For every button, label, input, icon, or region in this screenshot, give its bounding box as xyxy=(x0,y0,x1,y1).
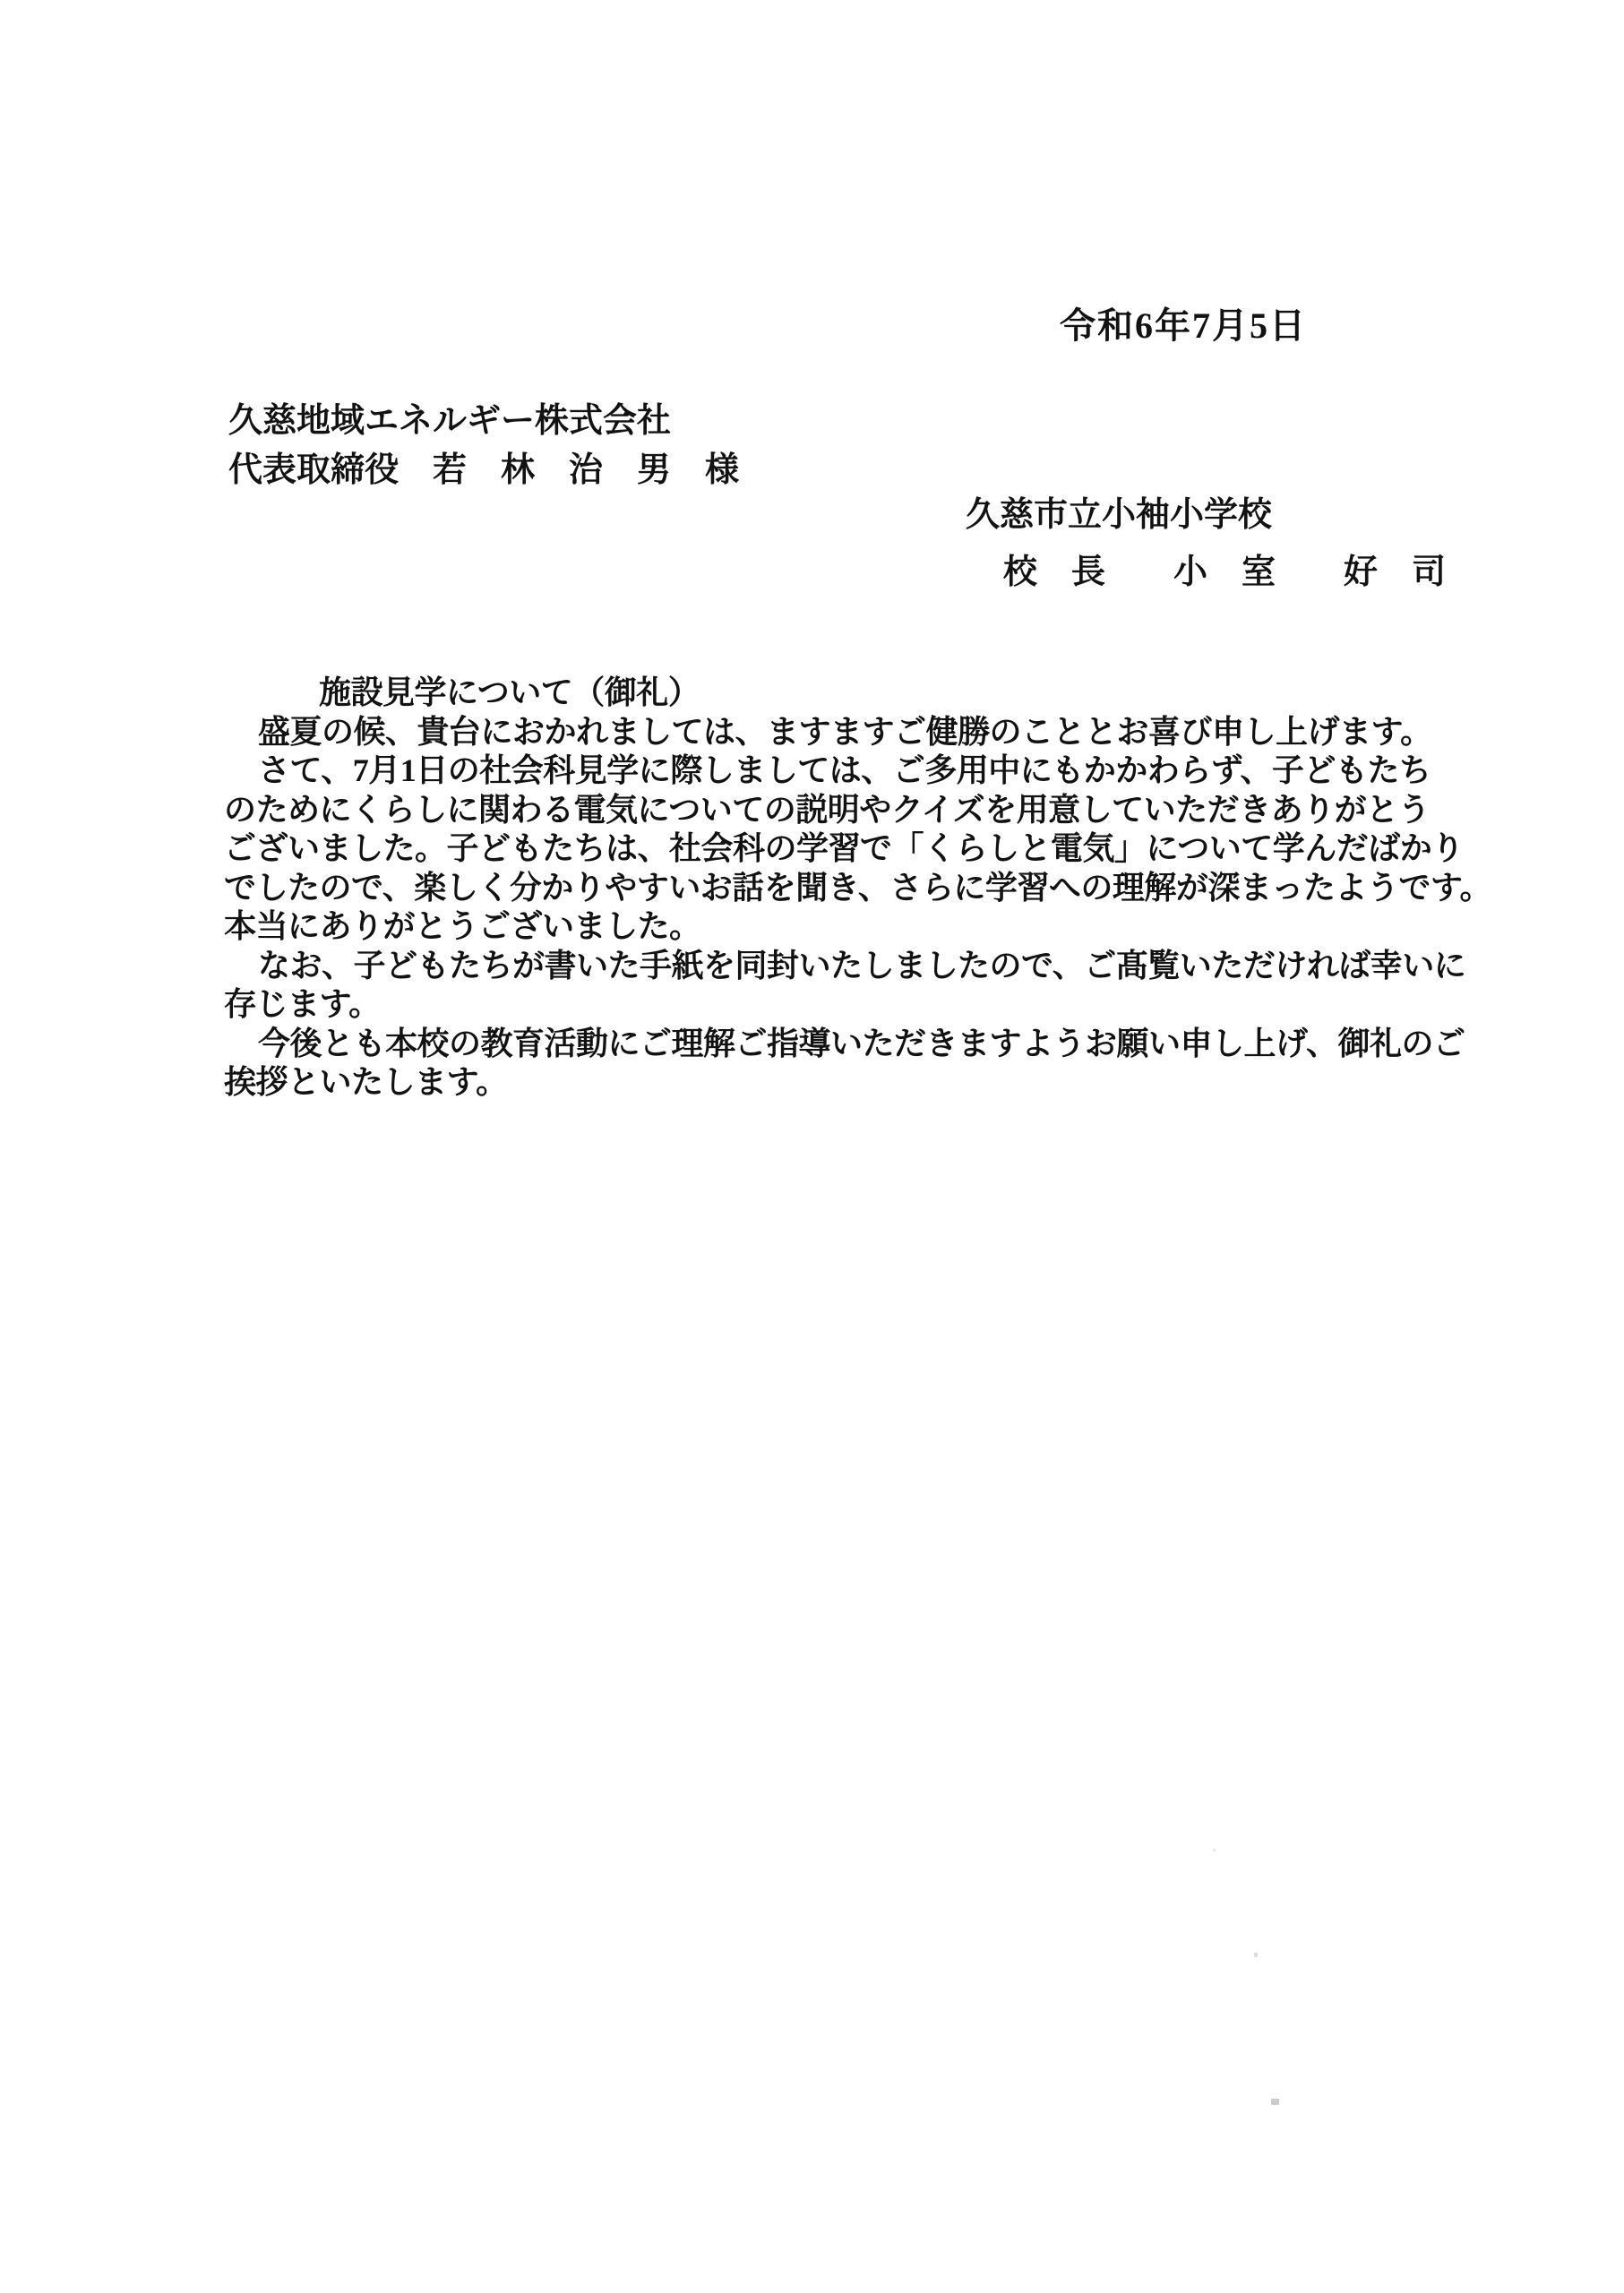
body-line: 盛夏の候、貴台におかれましては、ますますご健勝のこととお喜び申し上げます。 xyxy=(224,713,1451,752)
body-line: でしたので、楽しく分かりやすいお話を聞き、さらに学習への理解が深まったようです。 xyxy=(224,869,1451,908)
letter-date: 令和6年7月5日 xyxy=(1060,297,1307,348)
sender-principal: 校 長 小 室 好 司 xyxy=(1003,544,1446,601)
body-line: ございました。子どもたちは、社会科の学習で「くらしと電気」について学んだばかり xyxy=(224,829,1451,869)
body-line: 挨拶といたします。 xyxy=(224,1063,1451,1103)
letter-title: 施設見学について（御礼） xyxy=(224,674,1451,713)
recipient-person: 代表取締役 若 林 治 男 様 xyxy=(228,446,739,495)
body-line: 存じます。 xyxy=(224,985,1451,1025)
body-line: 本当にありがとうございました。 xyxy=(224,907,1451,947)
body-line: 今後とも本校の教育活動にご理解ご指導いただきますようお願い申し上げ、御礼のご xyxy=(224,1025,1451,1064)
sender-school: 久慈市立小袖小学校 xyxy=(966,486,1446,544)
scan-speckle xyxy=(1213,1849,1216,1851)
recipient-company: 久慈地域エネルギー株式会社 xyxy=(228,397,739,446)
body-line: さて、7月1日の社会科見学に際しましては、ご多用中にもかかわらず、子どもたち xyxy=(224,751,1451,791)
letter-body: 施設見学について（御礼） 盛夏の候、貴台におかれましては、ますますご健勝のことと… xyxy=(224,674,1451,1103)
scan-speckle xyxy=(1254,1953,1258,1957)
letter-body-lines: 盛夏の候、貴台におかれましては、ますますご健勝のこととお喜び申し上げます。さて、… xyxy=(224,713,1451,1103)
scanned-letter-page: 令和6年7月5日 久慈地域エネルギー株式会社 代表取締役 若 林 治 男 様 久… xyxy=(0,0,1624,2293)
scan-speckle xyxy=(1271,2099,1279,2105)
body-line: のためにくらしに関わる電気についての説明やクイズを用意していただきありがとう xyxy=(224,791,1451,830)
sender-block: 久慈市立小袖小学校 校 長 小 室 好 司 xyxy=(966,486,1446,601)
recipient-block: 久慈地域エネルギー株式会社 代表取締役 若 林 治 男 様 xyxy=(228,397,739,495)
body-line: なお、子どもたちが書いた手紙を同封いたしましたので、ご髙覧いただければ幸いに xyxy=(224,947,1451,986)
